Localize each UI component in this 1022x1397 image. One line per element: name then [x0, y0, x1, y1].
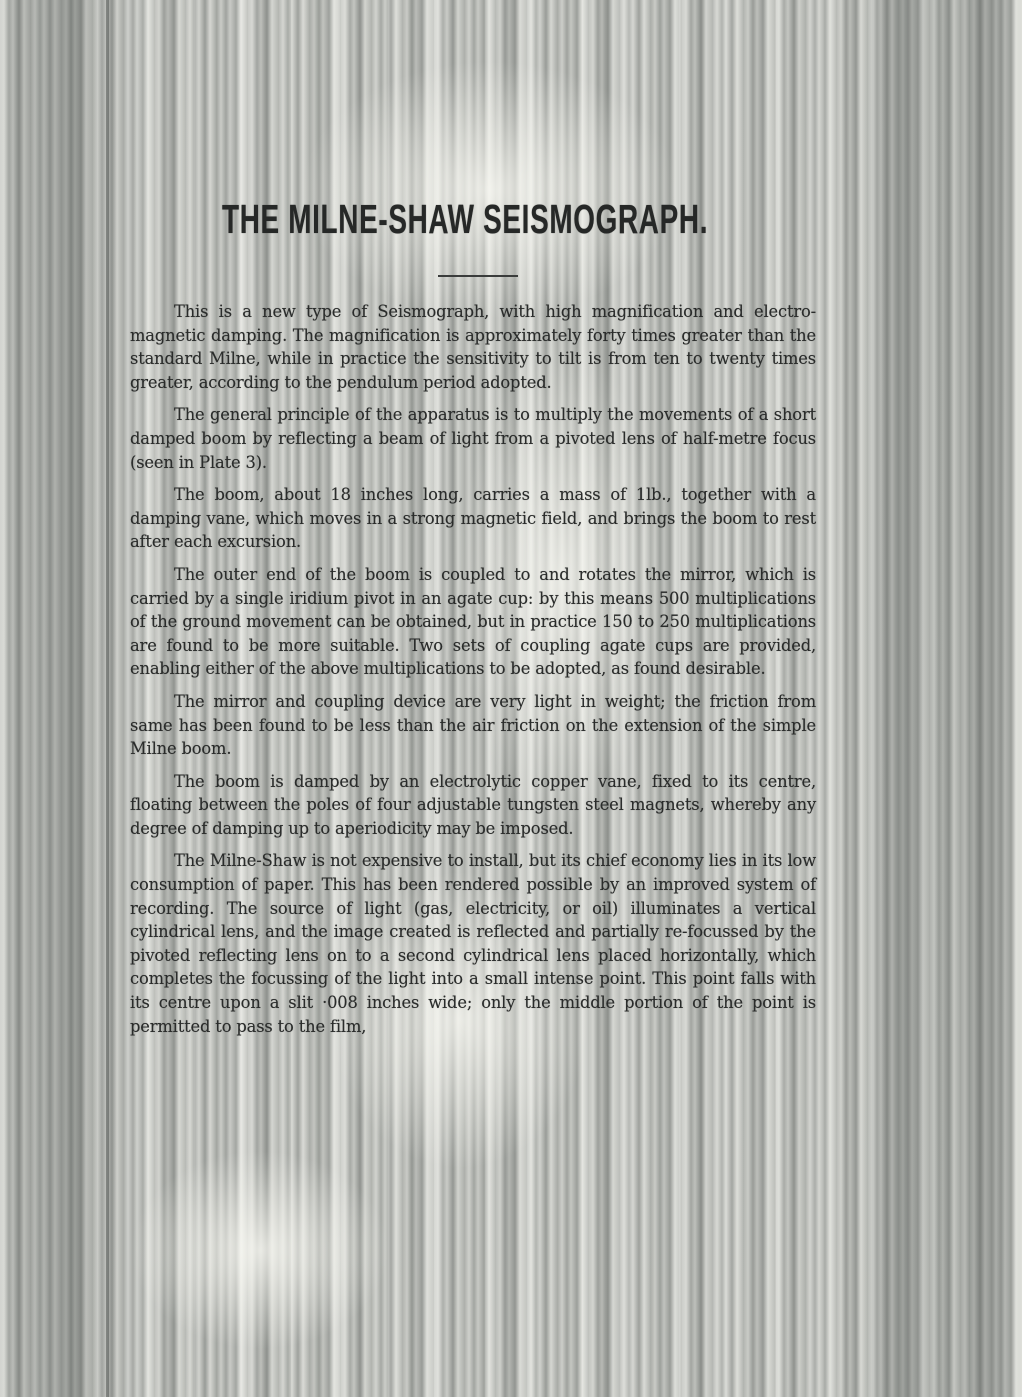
paragraph: The boom is damped by an electrolytic co… [130, 770, 816, 841]
light-patch [300, 60, 680, 320]
paragraph: The Milne-Shaw is not expensive to insta… [130, 849, 816, 1038]
paragraph: This is a new type of Seismograph, with … [130, 300, 816, 394]
page-edge [1014, 0, 1022, 1397]
scanned-page: THE MILNE-SHAW SEISMOGRAPH. This is a ne… [0, 0, 1022, 1397]
paragraph: The mirror and coupling device are very … [130, 690, 816, 761]
scan-shadow-left [0, 0, 120, 1397]
page-title: THE MILNE-SHAW SEISMOGRAPH. [222, 196, 576, 243]
document-body: This is a new type of Seismograph, with … [130, 300, 816, 1047]
light-patch [130, 1150, 390, 1350]
page-fold-line [106, 0, 109, 1397]
scan-shadow-right [860, 0, 950, 1397]
scan-shadow-edge [940, 0, 1022, 1397]
title-divider [438, 275, 518, 277]
paragraph: The boom, about 18 inches long, carries … [130, 483, 816, 554]
paragraph: The general principle of the apparatus i… [130, 403, 816, 474]
paragraph: The outer end of the boom is coupled to … [130, 563, 816, 681]
